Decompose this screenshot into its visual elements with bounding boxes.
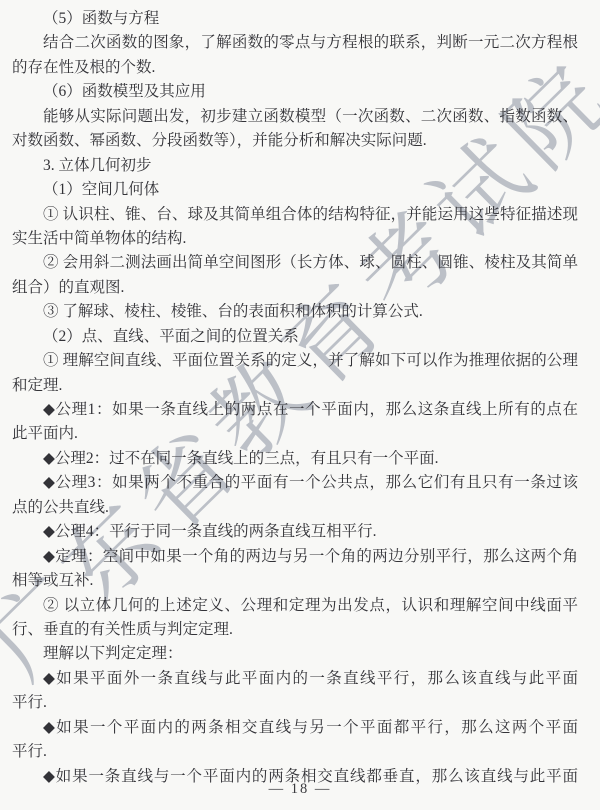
text-line: 的存在性及根的个数. — [12, 56, 578, 80]
text-line: 平行. — [12, 740, 578, 764]
text-line: （1）空间几何体 — [12, 178, 578, 202]
text-line: 平行. — [12, 691, 578, 715]
text-line: ② 会用斜二测法画出简单空间图形（长方体、球、圆柱、圆锥、棱柱及其简单 — [12, 251, 578, 275]
text-line: ◆公理2：过不在同一条直线上的三点，有且只有一个平面. — [12, 447, 578, 471]
text-line: ◆公理4：平行于同一条直线的两条直线互相平行. — [12, 520, 578, 544]
text-line: ◆如果一个平面内的两条相交直线与另一个平面都平行，那么这两个平面 — [12, 716, 578, 740]
text-line: ◆公理1：如果一条直线上的两点在一个平面内，那么这条直线上所有的点在 — [12, 398, 578, 422]
text-line: （2）点、直线、平面之间的位置关系 — [12, 325, 578, 349]
text-line: ◆如果平面外一条直线与此平面内的一条直线平行，那么该直线与此平面 — [12, 667, 578, 691]
text-line: ◆公理3：如果两个不重合的平面有一个公共点，那么它们有且只有一条过该 — [12, 471, 578, 495]
text-line: 能够从实际问题出发，初步建立函数模型（一次函数、二次函数、指数函数、 — [12, 105, 578, 129]
text-line: 此平面内. — [12, 422, 578, 446]
text-line: 实生活中简单物体的结构. — [12, 227, 578, 251]
text-line: ◆定理：空间中如果一个角的两边与另一个角的两边分别平行，那么这两个角 — [12, 545, 578, 569]
text-line: （6）函数模型及其应用 — [12, 80, 578, 104]
text-line: ① 认识柱、锥、台、球及其简单组合体的结构特征，并能运用这些特征描述现 — [12, 203, 578, 227]
text-line: 对数函数、幂函数、分段函数等），并能分析和解决实际问题. — [12, 129, 578, 153]
text-line: 行、垂直的有关性质与判定定理. — [12, 618, 578, 642]
text-line: 点的公共直线. — [12, 496, 578, 520]
page-number: — 18 — — [0, 781, 600, 798]
text-line: 理解以下判定定理： — [12, 642, 578, 666]
text-line: 组合）的直观图. — [12, 276, 578, 300]
text-line: （5）函数与方程 — [12, 7, 578, 31]
text-line: ② 以立体几何的上述定义、公理和定理为出发点，认识和理解空间中线面平 — [12, 594, 578, 618]
document-content: （5）函数与方程结合二次函数的图象，了解函数的零点与方程根的联系，判断一元二次方… — [12, 7, 578, 789]
text-line: ③ 了解球、棱柱、棱锥、台的表面积和体积的计算公式. — [12, 300, 578, 324]
text-line: 结合二次函数的图象，了解函数的零点与方程根的联系，判断一元二次方程根 — [12, 31, 578, 55]
text-line: ① 理解空间直线、平面位置关系的定义，并了解如下可以作为推理依据的公理 — [12, 349, 578, 373]
text-line: 3. 立体几何初步 — [12, 154, 578, 178]
document-page: 广东省教育考试院 （5）函数与方程结合二次函数的图象，了解函数的零点与方程根的联… — [0, 0, 600, 810]
text-line: 和定理. — [12, 374, 578, 398]
text-line: 相等或互补. — [12, 569, 578, 593]
